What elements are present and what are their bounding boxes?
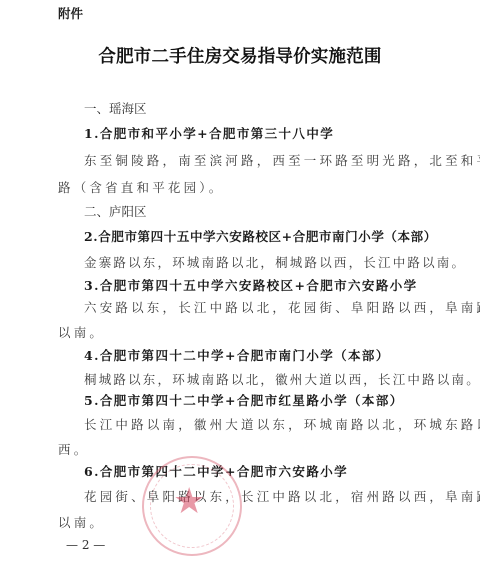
seal-star-icon: ★ xyxy=(173,484,205,520)
item-title-3: 3.合肥市第四十五中学六安路校区+合肥市六安路小学 xyxy=(84,276,418,294)
page-number: — 2 — xyxy=(66,538,105,552)
attachment-label: 附件 xyxy=(58,4,83,22)
item-body-3-line-2: 以南。 xyxy=(58,323,105,341)
item-body-4-line-1: 桐城路以东，环城南路以北，徽州大道以西，长江中路以南。 xyxy=(84,370,480,388)
official-seal: ★ xyxy=(142,456,242,556)
section-heading-yaohai: 一、瑶海区 xyxy=(84,99,147,117)
item-body-5-line-2: 西。 xyxy=(58,440,89,458)
item-body-6-line-2: 以南。 xyxy=(58,513,105,531)
document-title: 合肥市二手住房交易指导价实施范围 xyxy=(0,43,480,68)
section-heading-luyang: 二、庐阳区 xyxy=(84,202,147,220)
item-title-2: 2.合肥市第四十五中学六安路校区+合肥市南门小学（本部） xyxy=(84,227,437,245)
item-body-5-line-1: 长江中路以南，徽州大道以东，环城南路以北，环城东路以 xyxy=(84,415,480,433)
item-body-2-line-1: 金寨路以东，环城南路以北，桐城路以西，长江中路以南。 xyxy=(84,253,466,271)
item-title-4: 4.合肥市第四十二中学+合肥市南门小学（本部） xyxy=(84,346,390,364)
item-body-1-line-2: 路（含省直和平花园）。 xyxy=(58,178,224,196)
item-body-3-line-1: 六安路以东，长江中路以北，花园街、阜阳路以西，阜南路 xyxy=(84,298,480,316)
item-title-1: 1.合肥市和平小学+合肥市第三十八中学 xyxy=(84,124,334,142)
item-body-1-line-1: 东至铜陵路，南至滨河路，西至一环路至明光路，北至和平 xyxy=(84,151,480,169)
item-title-5: 5.合肥市第四十二中学+合肥市红星路小学（本部） xyxy=(84,391,404,409)
